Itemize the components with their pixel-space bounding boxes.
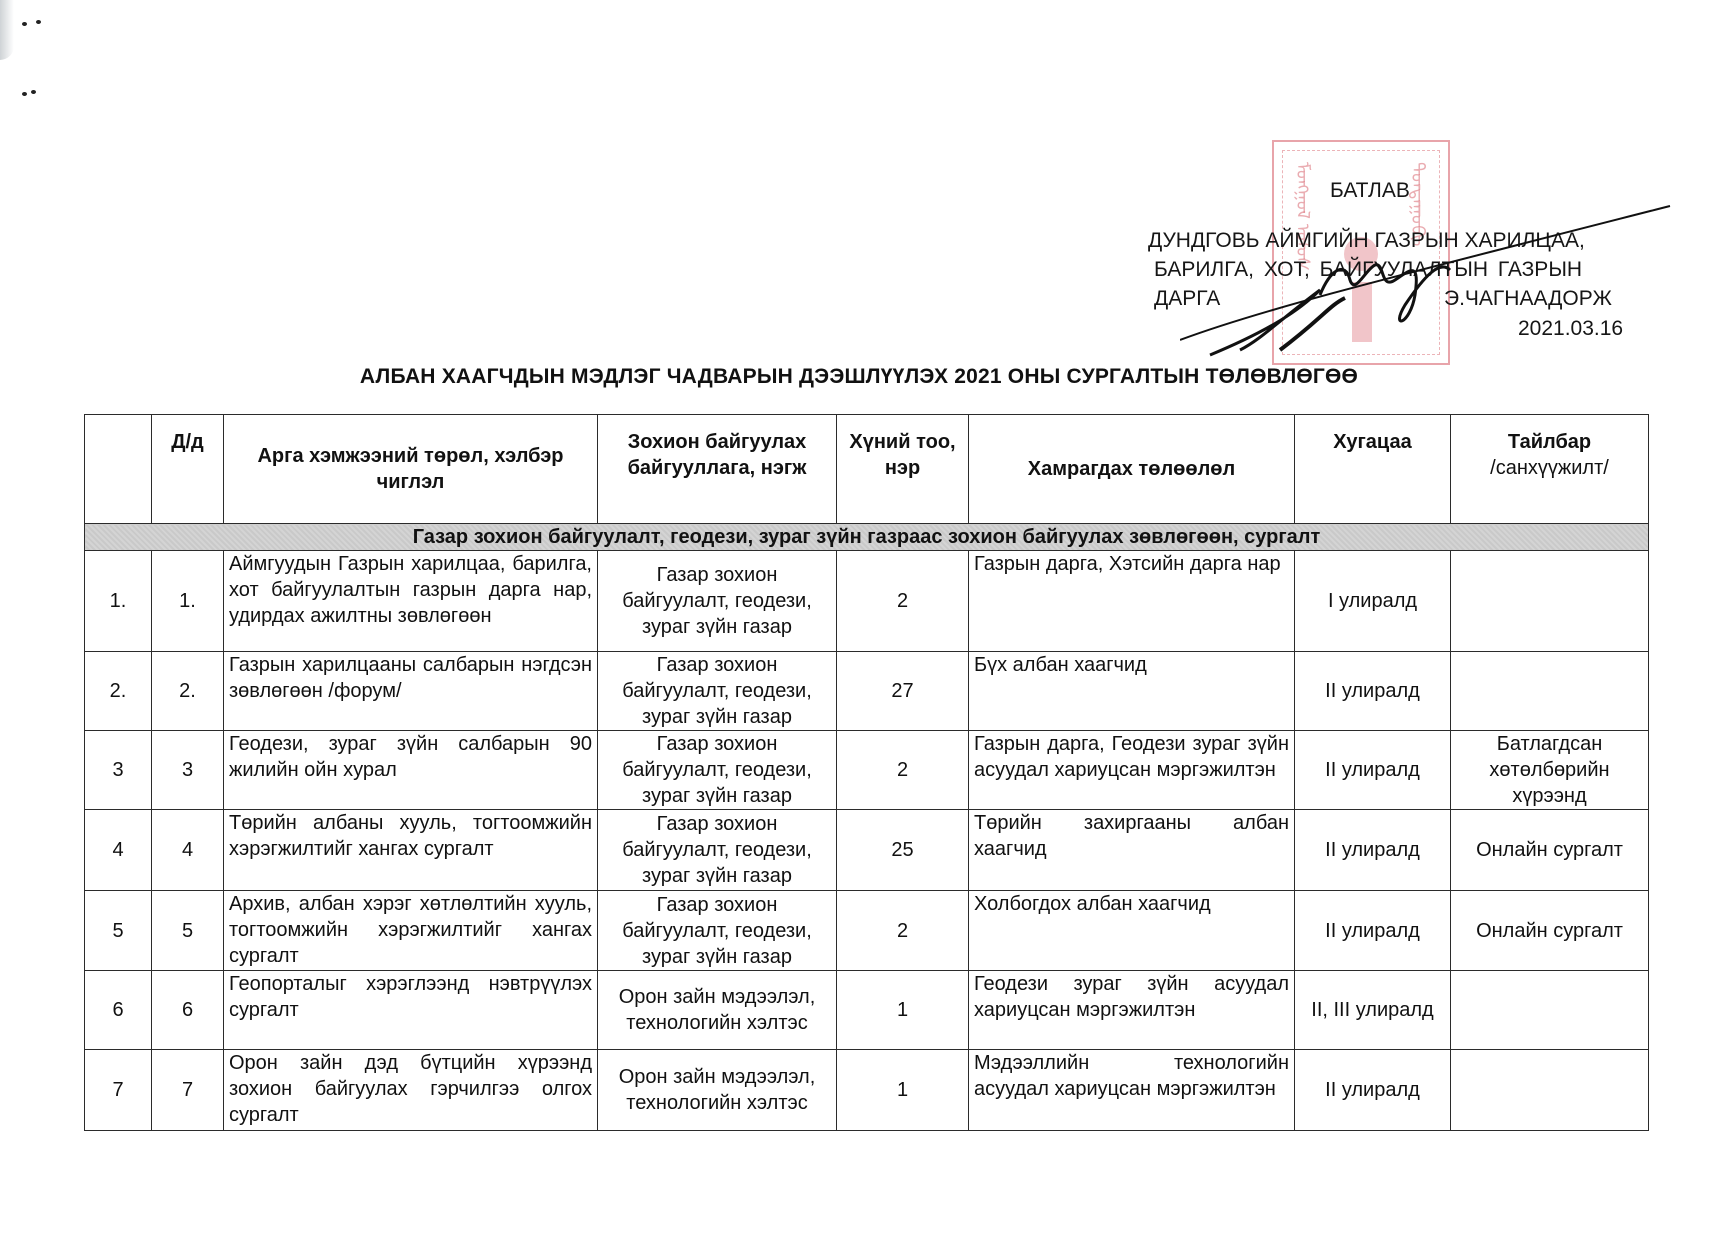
cell-period: II улиралд — [1295, 891, 1451, 971]
cell-period: II улиралд — [1295, 652, 1451, 731]
cell-people: 25 — [837, 810, 969, 891]
header-target: Хамрагдах төлөөлөл — [969, 415, 1295, 524]
cell-people: 1 — [837, 971, 969, 1050]
cell-activity: Төрийн албаны хууль, тогтоомжийн хэрэгжи… — [224, 810, 598, 891]
cell-index: 1. — [85, 551, 152, 652]
cell-note: Батлагдсан хөтөлбөрийн хүрээнд — [1451, 731, 1649, 810]
header-note-main: Тайлбар — [1508, 431, 1591, 453]
cell-activity: Газрын харилцааны салбарын нэгдсэн зөвлө… — [224, 652, 598, 731]
cell-index: 6 — [85, 971, 152, 1050]
cell-target: Геодези зураг зүйн асуудал хариуцсан мэр… — [969, 971, 1295, 1050]
header-period: Хугацаа — [1295, 415, 1451, 524]
cell-organizer: Газар зохион байгуулалт, геодези, зураг … — [598, 810, 837, 891]
cell-period: II, III улиралд — [1295, 971, 1451, 1050]
cell-people: 1 — [837, 1050, 969, 1131]
cell-target: Төрийн захиргааны албан хаагчид — [969, 810, 1295, 891]
scan-edge-shadow — [0, 0, 14, 60]
speck — [22, 92, 27, 96]
cell-index: 7 — [85, 1050, 152, 1131]
table-row: 4 4 Төрийн албаны хууль, тогтоомжийн хэр… — [85, 810, 1649, 891]
cell-index: 4 — [85, 810, 152, 891]
section-row: Газар зохион байгуулалт, геодези, зураг … — [85, 524, 1649, 551]
cell-organizer: Орон зайн мэдээлэл, технологийн хэлтэс — [598, 1050, 837, 1131]
cell-dd: 6 — [152, 971, 224, 1050]
cell-dd: 1. — [152, 551, 224, 652]
cell-period: II улиралд — [1295, 810, 1451, 891]
training-plan-table: Д/д Арга хэмжээний төрөл, хэлбэр чиглэл … — [84, 414, 1649, 1131]
cell-index: 3 — [85, 731, 152, 810]
cell-organizer: Газар зохион байгуулалт, геодези, зураг … — [598, 551, 837, 652]
header-people: Хүний тоо, нэр — [837, 415, 969, 524]
cell-activity: Аймгуудын Газрын харилцаа, барилга, хот … — [224, 551, 598, 652]
cell-activity: Геопорталыг хэрэглээнд нэвтрүүлэх сургал… — [224, 971, 598, 1050]
cell-note: Онлайн сургалт — [1451, 891, 1649, 971]
cell-people: 27 — [837, 652, 969, 731]
table-header-row: Д/д Арга хэмжээний төрөл, хэлбэр чиглэл … — [85, 415, 1649, 524]
speck — [36, 20, 41, 24]
speck — [22, 22, 27, 26]
cell-target: Холбогдох албан хаагчид — [969, 891, 1295, 971]
table-row: 7 7 Орон зайн дэд бүтцийн хүрээнд зохион… — [85, 1050, 1649, 1131]
cell-period: II улиралд — [1295, 731, 1451, 810]
cell-note — [1451, 652, 1649, 731]
cell-index: 2. — [85, 652, 152, 731]
cell-people: 2 — [837, 551, 969, 652]
cell-dd: 4 — [152, 810, 224, 891]
cell-note: Онлайн сургалт — [1451, 810, 1649, 891]
cell-target: Газрын дарга, Хэтсийн дарга нар — [969, 551, 1295, 652]
cell-organizer: Газар зохион байгуулалт, геодези, зураг … — [598, 891, 837, 971]
cell-organizer: Газар зохион байгуулалт, геодези, зураг … — [598, 731, 837, 810]
header-dd: Д/д — [152, 415, 224, 524]
cell-target: Газрын дарга, Геодези зураг зүйн асуудал… — [969, 731, 1295, 810]
cell-organizer: Газар зохион байгуулалт, геодези, зураг … — [598, 652, 837, 731]
cell-activity: Геодези, зураг зүйн салбарын 90 жилийн о… — [224, 731, 598, 810]
cell-dd: 7 — [152, 1050, 224, 1131]
cell-period: I улиралд — [1295, 551, 1451, 652]
cell-note — [1451, 551, 1649, 652]
header-note: Тайлбар /санхүүжилт/ — [1451, 415, 1649, 524]
table-row: 1. 1. Аймгуудын Газрын харилцаа, барилга… — [85, 551, 1649, 652]
section-title: Газар зохион байгуулалт, геодези, зураг … — [85, 524, 1649, 551]
cell-period: II улиралд — [1295, 1050, 1451, 1131]
cell-dd: 3 — [152, 731, 224, 810]
table-row: 3 3 Геодези, зураг зүйн салбарын 90 жили… — [85, 731, 1649, 810]
cell-note — [1451, 971, 1649, 1050]
signature-icon — [1180, 200, 1680, 370]
cell-note — [1451, 1050, 1649, 1131]
speck — [31, 90, 36, 94]
cell-activity: Орон зайн дэд бүтцийн хүрээнд зохион бай… — [224, 1050, 598, 1131]
header-activity: Арга хэмжээний төрөл, хэлбэр чиглэл — [224, 415, 598, 524]
cell-index: 5 — [85, 891, 152, 971]
document-title: АЛБАН ХААГЧДЫН МЭДЛЭГ ЧАДВАРЫН ДЭЭШЛҮҮЛЭ… — [0, 365, 1718, 389]
cell-organizer: Орон зайн мэдээлэл, технологийн хэлтэс — [598, 971, 837, 1050]
cell-dd: 2. — [152, 652, 224, 731]
cell-target: Мэдээллийн технологийн асуудал хариуцсан… — [969, 1050, 1295, 1131]
cell-people: 2 — [837, 731, 969, 810]
header-organizer: Зохион байгуулах байгууллага, нэгж — [598, 415, 837, 524]
cell-activity: Архив, албан хэрэг хөтлөлтийн хууль, тог… — [224, 891, 598, 971]
table-row: 5 5 Архив, албан хэрэг хөтлөлтийн хууль,… — [85, 891, 1649, 971]
table-row: 2. 2. Газрын харилцааны салбарын нэгдсэн… — [85, 652, 1649, 731]
cell-dd: 5 — [152, 891, 224, 971]
header-note-sub: /санхүүжилт/ — [1456, 455, 1643, 481]
cell-target: Бүх албан хаагчид — [969, 652, 1295, 731]
cell-people: 2 — [837, 891, 969, 971]
header-index — [85, 415, 152, 524]
table-row: 6 6 Геопорталыг хэрэглээнд нэвтрүүлэх су… — [85, 971, 1649, 1050]
